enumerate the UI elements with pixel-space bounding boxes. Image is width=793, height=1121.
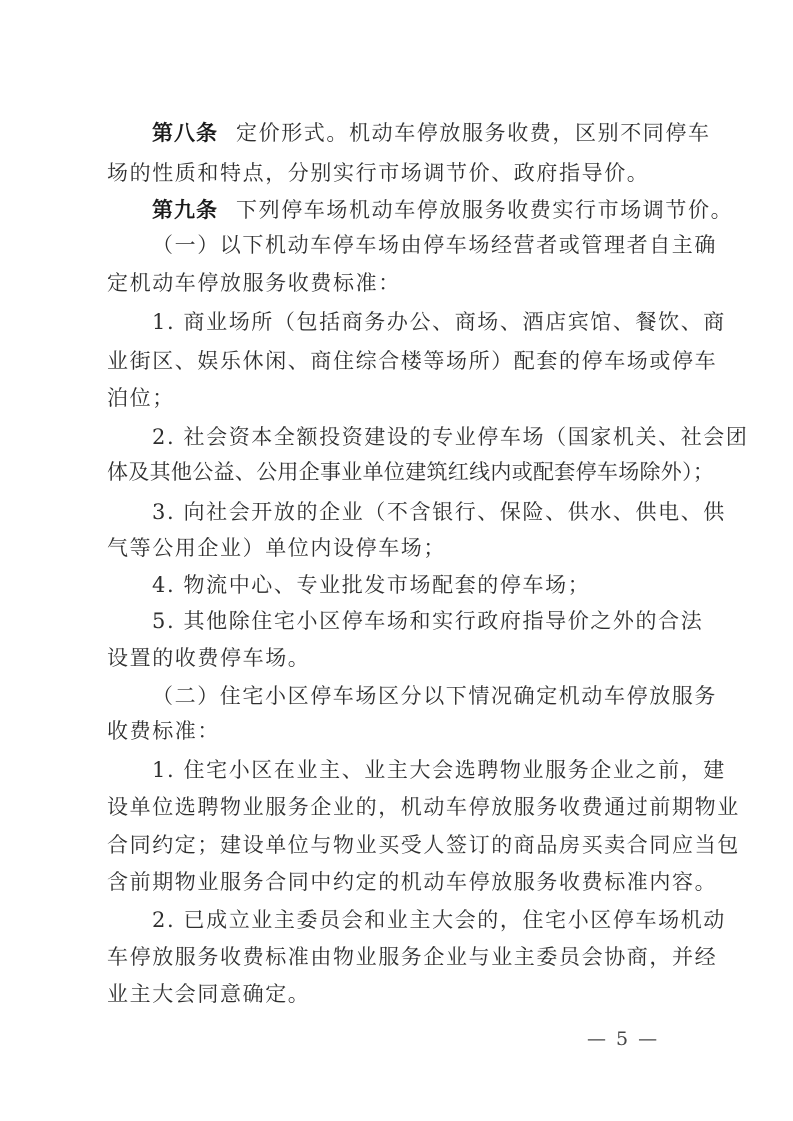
item-1-1-line-1: 1. 商业场所（包括商务办公、商场、酒店宾馆、餐饮、商 [152,309,732,335]
item-1-3-line-1: 3. 向社会开放的企业（不含银行、保险、供水、供电、供 [152,499,732,525]
item-1-1-line-2: 业街区、娱乐休闲、商住综合楼等场所）配套的停车场或停车 [107,348,687,374]
item-1-4-line-1: 4. 物流中心、专业批发市场配套的停车场； [152,572,732,598]
item-2-1-line-3: 合同约定；建设单位与物业买受人签订的商品房买卖合同应当包 [107,832,687,858]
item-2-1-line-1: 1. 住宅小区在业主、业主大会选聘物业服务企业之前，建 [152,757,732,783]
item-1-1-line-3: 泊位； [107,385,687,411]
article-9-line-1: 第九条下列停车场机动车停放服务收费实行市场调节价。 [152,197,687,223]
paragraph-text: 定价形式。机动车停放服务收费，区别不同停车 [236,121,711,145]
item-1-5-line-2: 设置的收费停车场。 [107,645,687,671]
item-1-2-line-2: 体及其他公益、公用企事业单位建筑红线内或配套停车场除外）； [107,459,687,485]
item-1-2-line-1: 2. 社会资本全额投资建设的专业停车场（国家机关、社会团 [152,424,732,450]
page-number: — 5 — [587,1028,659,1050]
item-2-2-line-1: 2. 已成立业主委员会和业主大会的，住宅小区停车场机动 [152,907,732,933]
paragraph-text: 下列停车场机动车停放服务收费实行市场调节价。 [236,198,733,222]
article-8-line-1: 第八条定价形式。机动车停放服务收费，区别不同停车 [152,120,687,146]
article-8-line-2: 场的性质和特点，分别实行市场调节价、政府指导价。 [107,160,687,186]
item-2-2-line-3: 业主大会同意确定。 [107,981,687,1007]
clause-1-line-2: 定机动车停放服务收费标准： [107,270,687,296]
item-2-1-line-2: 设单位选聘物业服务企业的，机动车停放服务收费通过前期物业 [107,794,687,820]
article-heading: 第九条 [152,197,218,222]
article-heading: 第八条 [152,120,218,145]
item-1-5-line-1: 5. 其他除住宅小区停车场和实行政府指导价之外的合法 [152,608,732,634]
item-1-3-line-2: 气等公用企业）单位内设停车场； [107,535,687,561]
clause-2-line-2: 收费标准： [107,718,687,744]
clause-1-line-1: （一）以下机动车停车场由停车场经营者或管理者自主确 [152,232,732,258]
clause-2-line-1: （二）住宅小区停车场区分以下情况确定机动车停放服务 [152,683,732,709]
item-2-1-line-4: 含前期物业服务合同中约定的机动车停放服务收费标准内容。 [107,869,687,895]
document-page: 第八条定价形式。机动车停放服务收费，区别不同停车 场的性质和特点，分别实行市场调… [0,0,793,1121]
item-2-2-line-2: 车停放服务收费标准由物业服务企业与业主委员会协商，并经 [107,944,687,970]
